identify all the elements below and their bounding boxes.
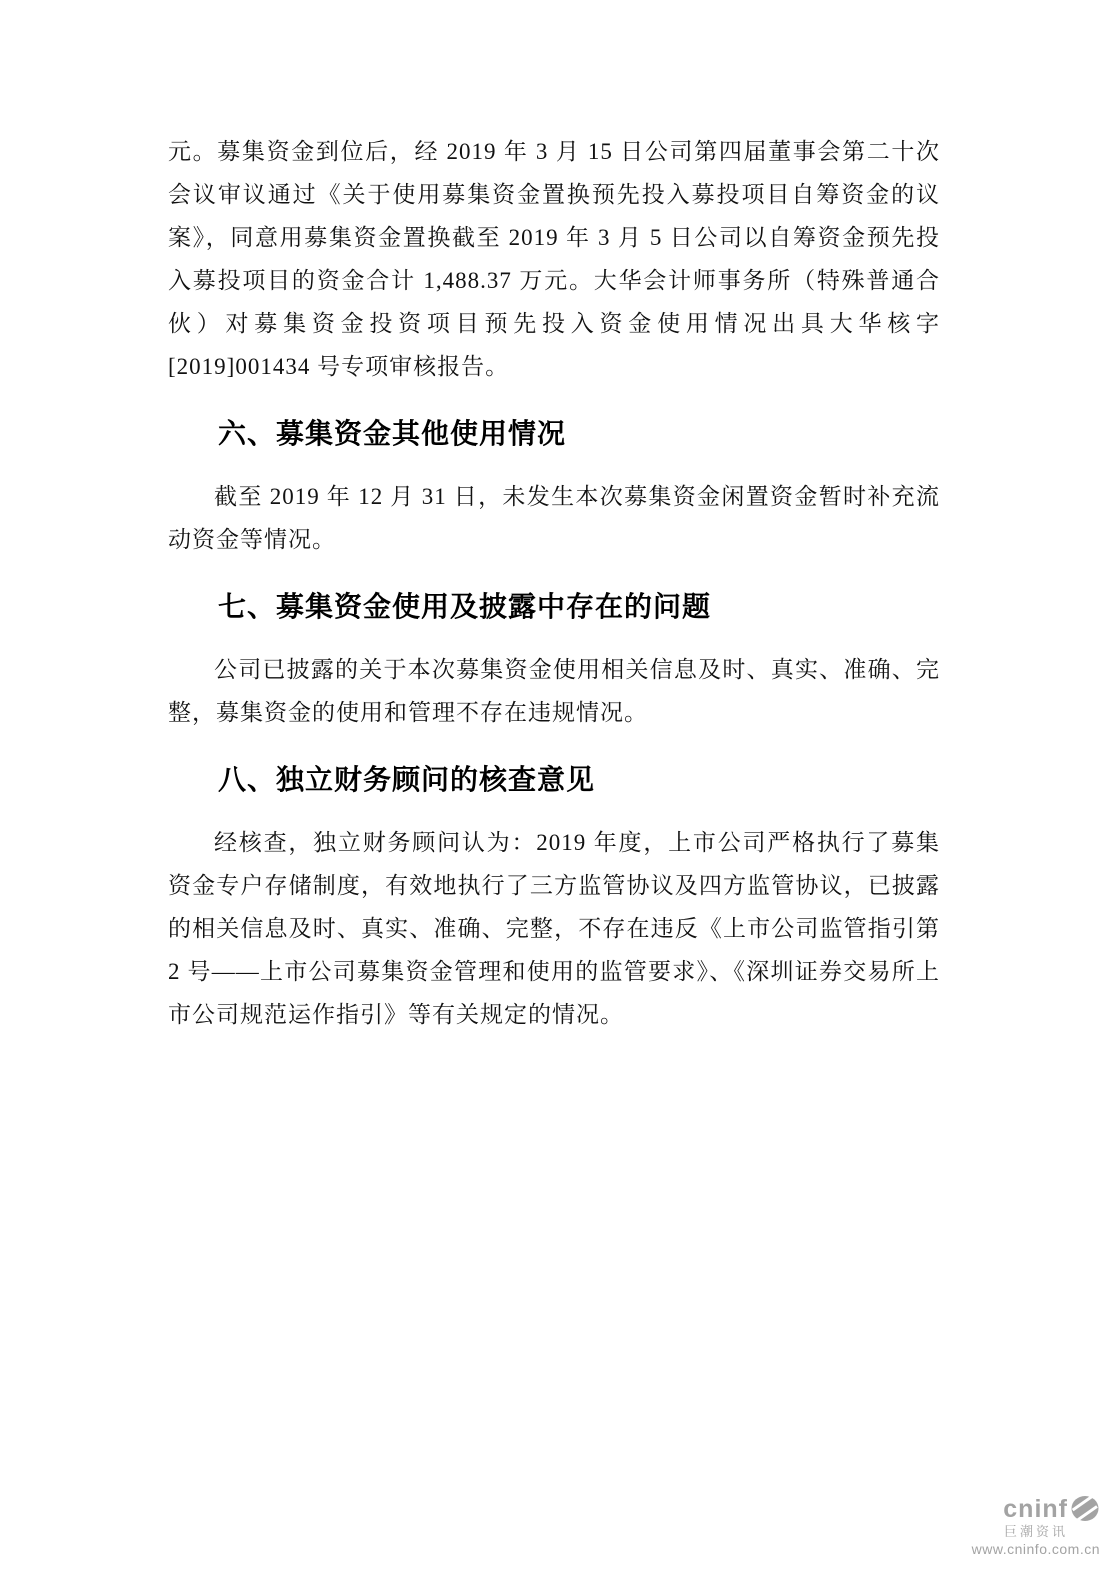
document-body: 元。募集资金到位后，经 2019 年 3 月 15 日公司第四届董事会第二十次会…: [168, 130, 940, 1036]
section-heading-7: 七、募集资金使用及披露中存在的问题: [168, 585, 940, 628]
section-8-paragraph: 经核查，独立财务顾问认为：2019 年度，上市公司严格执行了募集资金专户存储制度…: [168, 821, 940, 1036]
section-6-paragraph: 截至 2019 年 12 月 31 日，未发生本次募集资金闲置资金暂时补充流动资…: [168, 475, 940, 561]
section-7-paragraph: 公司已披露的关于本次募集资金使用相关信息及时、真实、准确、完整，募集资金的使用和…: [168, 648, 940, 734]
cninfo-globe-swoosh-icon: [1070, 1495, 1100, 1522]
cninfo-brand-text: cninf: [1003, 1497, 1068, 1522]
cninfo-brand-row: cninf: [972, 1495, 1100, 1522]
paragraph-continuation: 元。募集资金到位后，经 2019 年 3 月 15 日公司第四届董事会第二十次会…: [168, 130, 940, 388]
cninfo-brand-chinese: 巨潮资讯: [972, 1525, 1068, 1538]
section-heading-8: 八、独立财务顾问的核查意见: [168, 758, 940, 801]
document-page: 元。募集资金到位后，经 2019 年 3 月 15 日公司第四届董事会第二十次会…: [0, 0, 1110, 1570]
cninfo-watermark: cninf 巨潮资讯 www.cninfo.com.cn: [972, 1495, 1100, 1556]
section-heading-6: 六、募集资金其他使用情况: [168, 412, 940, 455]
cninfo-url: www.cninfo.com.cn: [972, 1542, 1100, 1556]
